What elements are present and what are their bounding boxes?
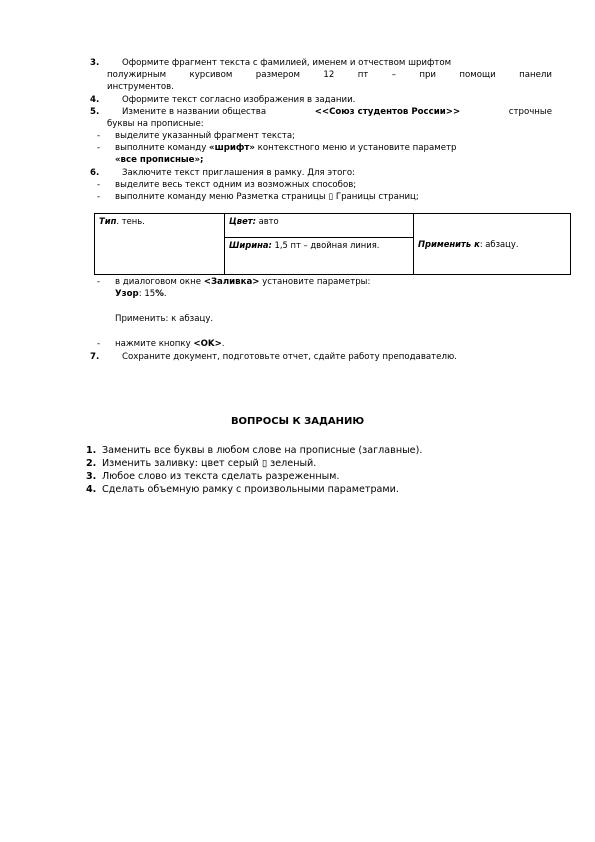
word: панели — [519, 70, 552, 81]
document-page: 3. Оформите фрагмент текста с фамилией, … — [0, 0, 595, 842]
step-number: 7. — [90, 352, 99, 363]
step-number: 4. — [90, 95, 99, 106]
text: контекстного меню и установите параметр — [255, 143, 457, 153]
color-cell: Цвет: авто — [225, 214, 414, 238]
step-5-bullet-1: выделите указанный фрагмент текста; — [115, 131, 295, 142]
color-value: авто — [256, 216, 279, 226]
percent-sign: % — [155, 289, 164, 299]
all-caps-param: «все прописные»; — [115, 155, 203, 166]
step-3-line-3: инструментов. — [107, 82, 174, 93]
text: выполните команду — [115, 143, 209, 153]
text: нажмите кнопку — [115, 339, 193, 349]
step-number: 6. — [90, 168, 99, 179]
apply-value: : абзацу. — [480, 239, 519, 249]
question-text: Изменить заливку: цвет серый ▯ зеленый. — [102, 458, 316, 469]
question-number: 3. — [86, 470, 102, 483]
step-4-text: Оформите текст согласно изображения в за… — [122, 95, 355, 106]
bullet-dash: - — [97, 277, 100, 288]
step-number: 3. — [90, 58, 99, 69]
question-item: 2.Изменить заливку: цвет серый ▯ зеленый… — [86, 457, 316, 470]
word: – — [392, 70, 396, 81]
question-number: 4. — [86, 483, 102, 496]
type-cell: Тип. тень. — [95, 214, 225, 275]
question-number: 2. — [86, 457, 102, 470]
step-number: 5. — [90, 107, 99, 118]
width-cell: Ширина: 1,5 пт – двойная линия. — [225, 238, 414, 275]
apply-label: Применить к — [418, 239, 480, 249]
step-6-bullet-1: выделите весь текст одним из возможных с… — [115, 180, 356, 191]
frame-settings-table: Тип. тень. Цвет: авто Применить к: абзац… — [94, 213, 571, 275]
text: установите параметры: — [259, 277, 370, 287]
pattern-setting: Узор: 15%. — [115, 289, 167, 300]
width-value: 1,5 пт – двойная линия. — [272, 240, 380, 250]
word: курсивом — [190, 70, 233, 81]
color-label: Цвет: — [229, 216, 256, 226]
pattern-label: Узор — [115, 289, 139, 299]
apply-cell: Применить к: абзацу. — [414, 214, 571, 275]
type-label: Тип — [99, 216, 116, 226]
ok-button-name: <OK> — [193, 339, 221, 349]
ok-bullet: нажмите кнопку <OK>. — [115, 339, 225, 350]
apply-setting: Применить: к абзацу. — [115, 314, 213, 325]
fill-dialog-name: <Заливка> — [204, 277, 260, 287]
step-5-bullet-2: выполните команду «шрифт» контекстного м… — [115, 143, 457, 154]
text: . — [164, 289, 167, 299]
bullet-dash: - — [97, 339, 100, 350]
text: . — [222, 339, 225, 349]
step-7-text: Сохраните документ, подготовьте отчет, с… — [122, 352, 457, 363]
society-name: <<Союз студентов России>> — [315, 107, 461, 118]
step-3-line-2: полужирным курсивом размером 12 пт – при… — [107, 70, 552, 81]
step-3-line-1: Оформите фрагмент текста с фамилией, име… — [122, 58, 552, 69]
font-command: «шрифт» — [209, 143, 255, 153]
questions-heading: ВОПРОСЫ К ЗАДАНИЮ — [0, 416, 595, 427]
fill-bullet: в диалоговом окне <Заливка> установите п… — [115, 277, 370, 288]
question-item: 3.Любое слово из текста сделать разрежен… — [86, 470, 339, 483]
step-5-line-2: буквы на прописные: — [107, 119, 204, 130]
question-item: 4.Сделать объемную рамку с произвольными… — [86, 483, 399, 496]
width-label: Ширина: — [229, 240, 272, 250]
step-6-bullet-2: выполните команду меню Разметка страницы… — [115, 192, 419, 203]
pattern-value: : 15 — [139, 289, 156, 299]
question-number: 1. — [86, 444, 102, 457]
question-text: Сделать объемную рамку с произвольными п… — [102, 484, 399, 495]
word: размером — [256, 70, 300, 81]
question-item: 1.Заменить все буквы в любом слове на пр… — [86, 444, 422, 457]
text: строчные — [509, 107, 552, 118]
word: полужирным — [107, 70, 166, 81]
type-value: . тень. — [116, 216, 144, 226]
step-6-text: Заключите текст приглашения в рамку. Для… — [122, 168, 355, 179]
bullet-dash: - — [97, 143, 100, 154]
word: при — [419, 70, 436, 81]
question-text: Любое слово из текста сделать разреженны… — [102, 471, 339, 482]
word: пт — [358, 70, 369, 81]
word: 12 — [323, 70, 334, 81]
bullet-dash: - — [97, 192, 100, 203]
bullet-dash: - — [97, 180, 100, 191]
text: Измените в названии общества — [122, 107, 266, 118]
step-5-line-1: Измените в названии общества <<Союз студ… — [122, 107, 552, 118]
bullet-dash: - — [97, 131, 100, 142]
question-text: Заменить все буквы в любом слове на проп… — [102, 445, 422, 456]
text: в диалоговом окне — [115, 277, 204, 287]
word: помощи — [459, 70, 495, 81]
